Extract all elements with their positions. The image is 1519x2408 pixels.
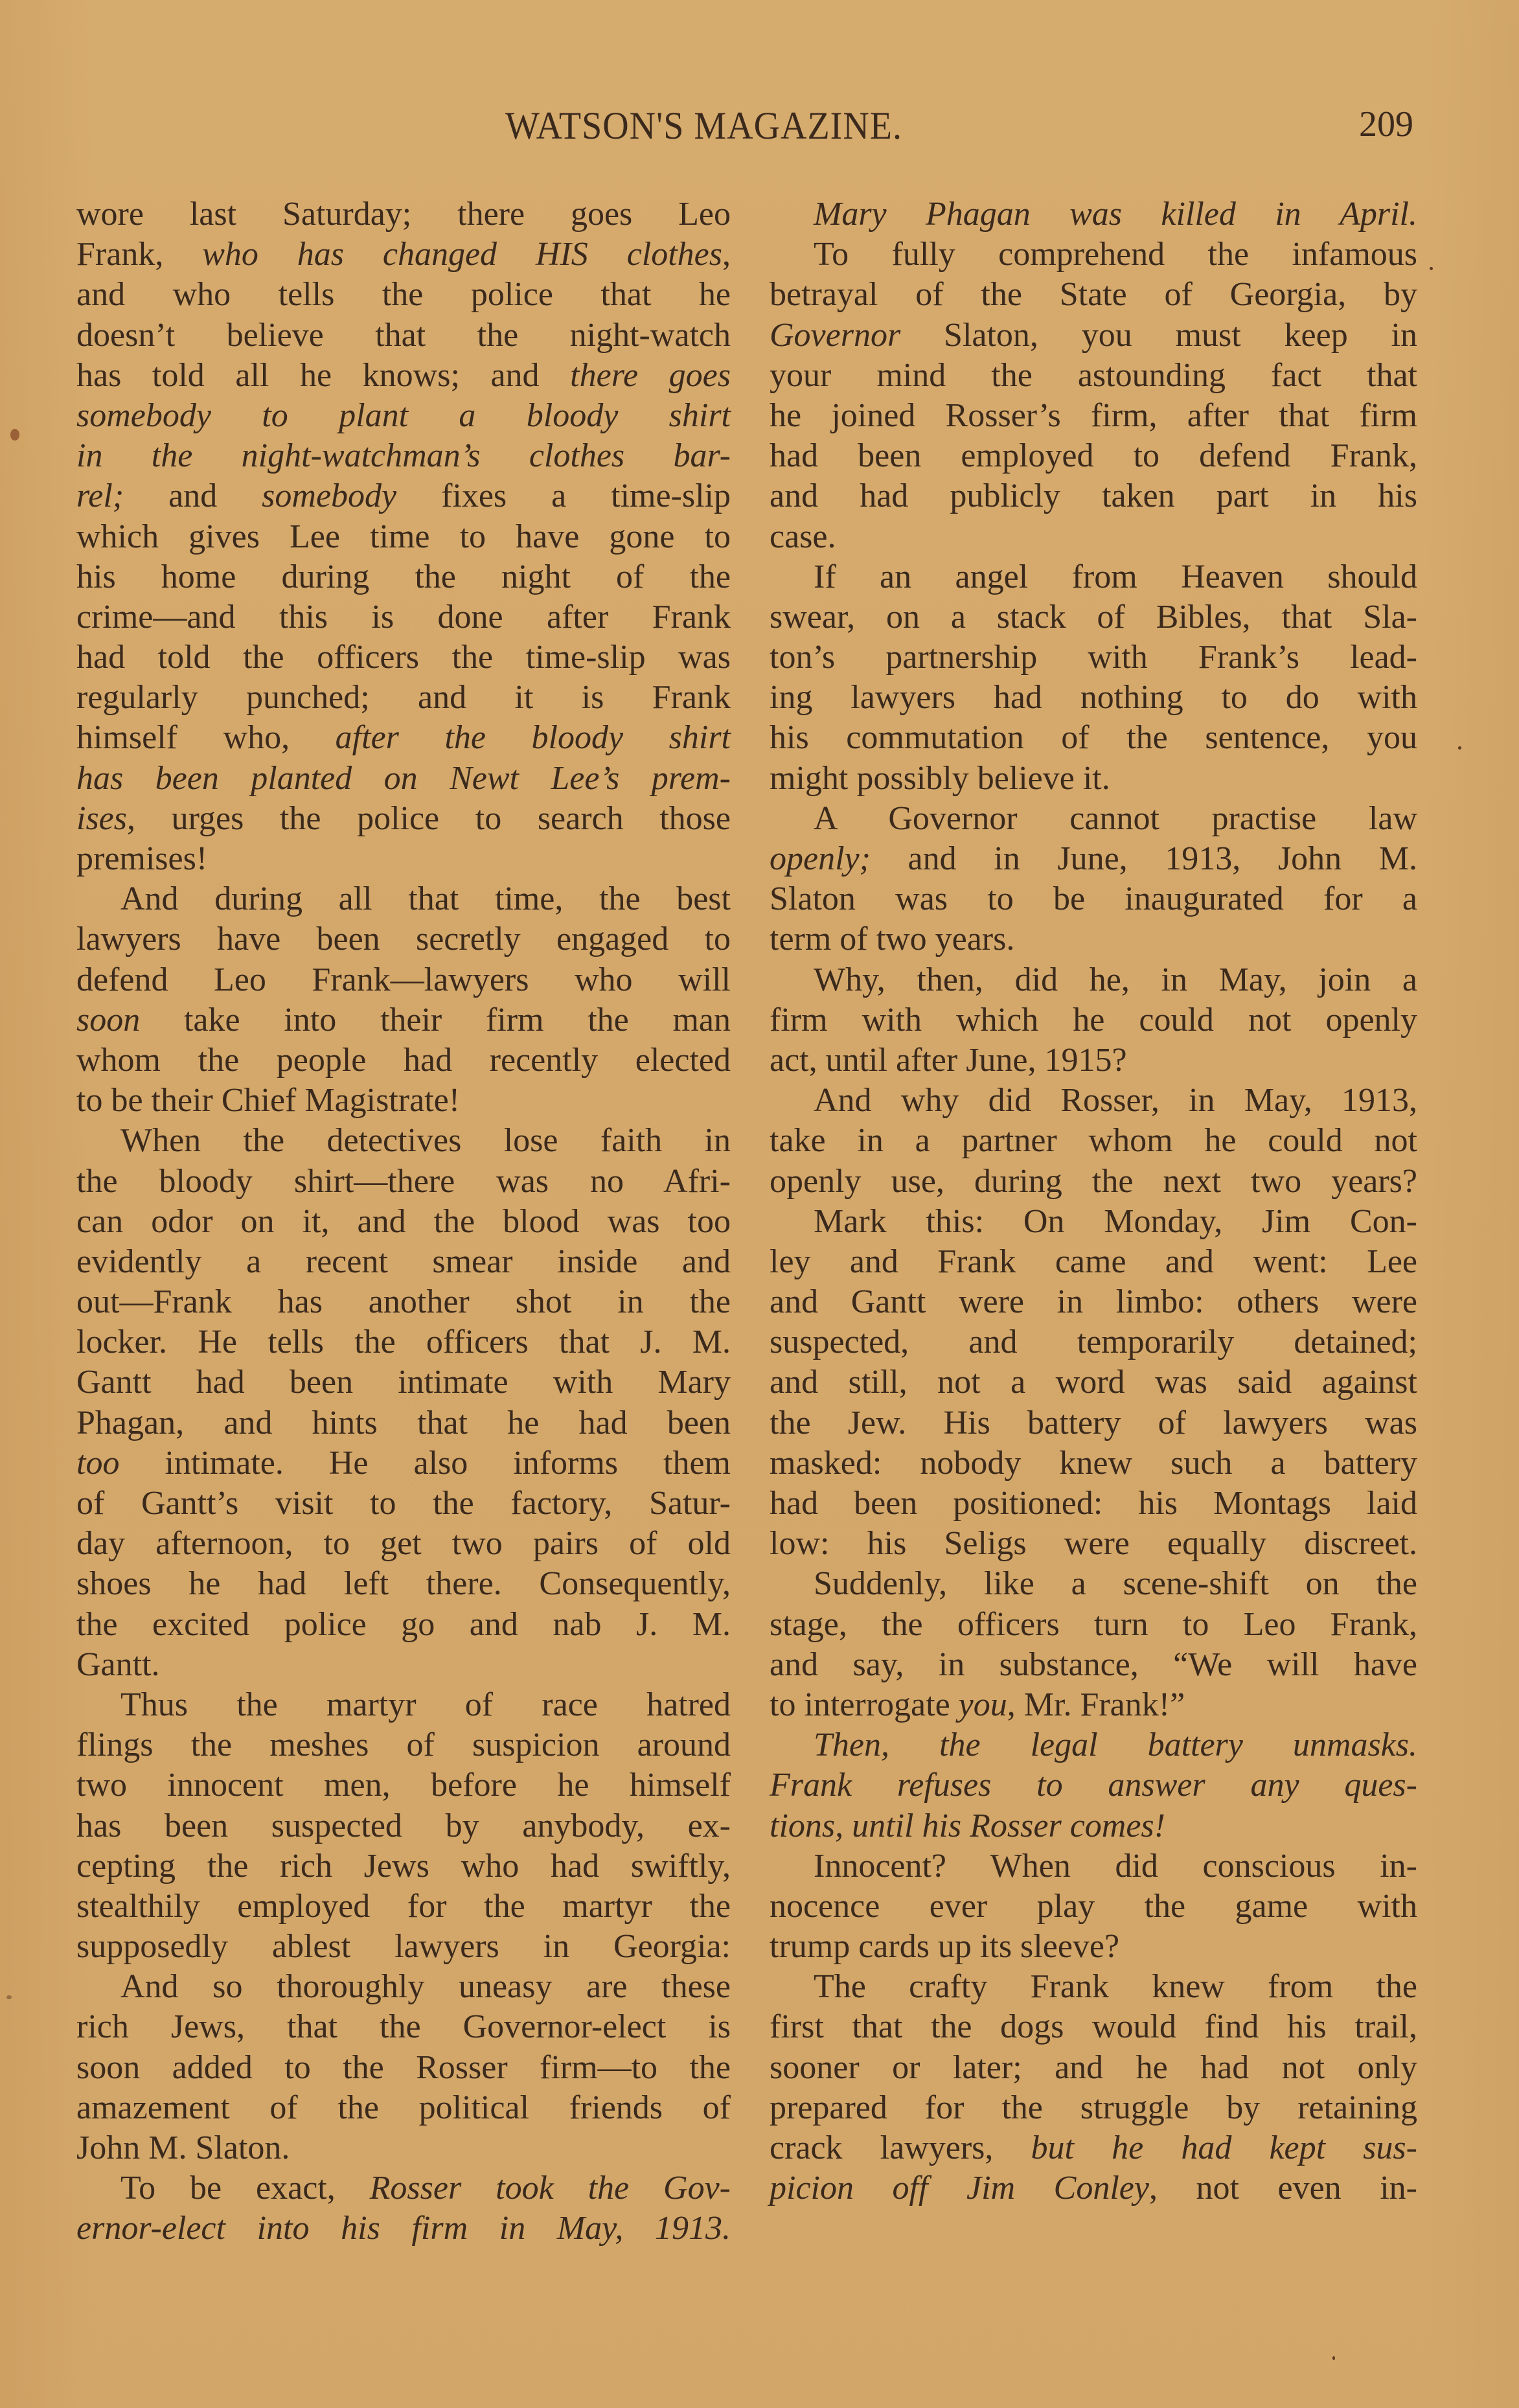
text-line: sooner or later; and he had not only [770,2048,1417,2088]
text-run: has told all he knows; and [76,357,570,394]
text-line: act, until after June, 1915? [770,1040,1417,1081]
text-run: ing lawyers had nothing to do with [770,679,1417,716]
text-run: And why did Rosser, in May, 1913, [814,1082,1417,1119]
text-line: had been positioned: his Montags laid [770,1484,1417,1524]
text-line: To fully comprehend the infamous [770,235,1417,275]
text-line: the bloody shirt—there was no Afri- [76,1162,731,1202]
text-line: And so thoroughly uneasy are these [76,1967,731,2007]
text-run: To fully comprehend the infamous [814,236,1417,273]
italic-text: in the night-watchman’s clothes bar- [76,437,731,474]
text-run: John M. Slaton. [76,2129,290,2166]
text-run: two innocent men, before he himself [76,1767,731,1804]
text-run: prepared for the struggle by retaining [770,2089,1417,2126]
italic-text: openly; [770,840,871,877]
italic-text: but he had kept sus- [1031,2129,1417,2166]
text-run: amazement of the political friends of [76,2089,731,2126]
text-run: the Jew. His battery of lawyers was [770,1405,1417,1441]
paper-blemish [1430,267,1433,270]
text-line: two innocent men, before he himself [76,1765,731,1806]
text-line: wore last Saturday; there goes Leo [76,194,731,235]
text-line: betrayal of the State of Georgia, by [770,275,1417,315]
text-line: in the night-watchman’s clothes bar- [76,436,731,476]
text-line: swear, on a stack of Bibles, that Sla- [770,597,1417,637]
text-line: the Jew. His battery of lawyers was [770,1403,1417,1443]
text-line: ernor-elect into his firm in May, 1913. [76,2208,731,2249]
text-line: regularly punched; and it is Frank [76,678,731,718]
text-run: nocence ever play the game with [770,1888,1417,1925]
text-line: of Gantt’s visit to the factory, Satur- [76,1484,731,1524]
text-line: prepared for the struggle by retaining [770,2088,1417,2128]
paper-blemish [1458,746,1461,750]
text-line: himself who, after the bloody shirt [76,718,731,758]
text-run: the excited police go and nab J. M. [76,1606,731,1643]
text-run: to be their Chief Magistrate! [76,1082,460,1119]
text-line: openly; and in June, 1913, John M. [770,839,1417,879]
text-run: And so thoroughly uneasy are these [120,1968,731,2005]
text-run: To be exact, [120,2170,370,2207]
text-run: doesn’t believe that the night-watch [76,317,731,354]
text-run: If an angel from Heaven should [814,558,1417,595]
text-line: soon take into their firm the man [76,1000,731,1040]
text-line: has told all he knows; and there goes [76,356,731,396]
text-line: had told the officers the time-slip was [76,637,731,678]
text-line: his home during the night of the [76,557,731,597]
text-line: trump cards up its sleeve? [770,1927,1417,1967]
paper-blemish [1332,2356,1335,2360]
italic-text: Then, the legal battery unmasks. [814,1726,1417,1763]
text-line: might possibly believe it. [770,759,1417,799]
text-run: crime—and this is done after Frank [76,599,731,636]
italic-text: you [959,1686,1007,1723]
text-line: whom the people had recently elected [76,1040,731,1081]
page-header: WATSON'S MAGAZINE. 209 [0,104,1519,155]
text-line: ises, urges the police to search those [76,799,731,839]
text-line: stage, the officers turn to Leo Frank, [770,1605,1417,1645]
text-run: soon added to the Rosser firm—to the [76,2049,731,2086]
text-run: Phagan, and hints that he had been [76,1405,731,1441]
text-run: trump cards up its sleeve? [770,1928,1119,1965]
text-run: locker. He tells the officers that J. M. [76,1324,731,1360]
text-line: ing lawyers had nothing to do with [770,678,1417,718]
italic-text: after the bloody shirt [336,719,731,756]
text-run: supposedly ablest lawyers in Georgia: [76,1928,731,1965]
text-line: case. [770,517,1417,557]
text-line: When the detectives lose faith in [76,1121,731,1161]
text-run: fixes a time-slip [396,477,731,514]
text-run: lawyers have been secretly engaged to [76,921,731,957]
text-line: Gantt. [76,1645,731,1685]
italic-text: who has changed HIS clothes [202,236,722,273]
text-run: crack lawyers, [770,2129,1031,2166]
text-run: stage, the officers turn to Leo Frank, [770,1606,1417,1643]
text-run: might possibly believe it. [770,760,1110,797]
text-run: And during all that time, the best [120,880,731,917]
text-line: amazement of the political friends of [76,2088,731,2128]
italic-text: somebody to plant a bloody shirt [76,397,731,434]
text-line: Why, then, did he, in May, join a [770,960,1417,1000]
text-run: day afternoon, to get two pairs of old [76,1525,731,1562]
text-run: cepting the rich Jews who had swiftly, [76,1848,731,1885]
text-line: A Governor cannot practise law [770,799,1417,839]
text-run: case. [770,518,836,555]
text-line: can odor on it, and the blood was too [76,1202,731,1242]
text-line: locker. He tells the officers that J. M. [76,1322,731,1362]
text-run: The crafty Frank knew from the [814,1968,1417,2005]
italic-text: ernor-elect into his firm in May, 1913. [76,2210,731,2247]
text-run: Gantt. [76,1646,160,1683]
text-run: himself who, [76,719,336,756]
text-run: suspected, and temporarily detained; [770,1324,1417,1360]
text-line: to be their Chief Magistrate! [76,1081,731,1121]
text-line: take in a partner whom he could not [770,1121,1417,1161]
text-line: Frank, who has changed HIS clothes, [76,235,731,275]
text-run: , Mr. Frank!” [1007,1686,1185,1723]
text-run: ley and Frank came and went: Lee [770,1243,1417,1280]
text-line: rich Jews, that the Governor-elect is [76,2007,731,2047]
text-line: which gives Lee time to have gone to [76,517,731,557]
italic-text: picion off Jim Conley [770,2170,1149,2207]
text-line: tions, until his Rosser comes! [770,1806,1417,1846]
text-line: shoes he had left there. Consequently, [76,1564,731,1604]
text-line: and who tells the police that he [76,275,731,315]
text-run: Why, then, did he, in May, join a [814,961,1417,998]
text-line: The crafty Frank knew from the [770,1967,1417,2007]
paper-blemish [10,429,19,441]
text-line: term of two years. [770,919,1417,959]
text-run: , urges the police to search those [127,800,731,837]
text-run: his commutation of the sentence, you [770,719,1417,756]
text-line: doesn’t believe that the night-watch [76,315,731,356]
text-line: masked: nobody knew such a battery [770,1443,1417,1484]
text-run: defend Leo Frank—lawyers who will [76,961,731,998]
text-line: and say, in substance, “We will have [770,1645,1417,1685]
text-run: and still, not a word was said against [770,1364,1417,1401]
text-run: the bloody shirt—there was no Afri- [76,1163,731,1200]
italic-text: soon [76,1002,140,1038]
text-line: Phagan, and hints that he had been [76,1403,731,1443]
text-run: masked: nobody knew such a battery [770,1445,1417,1482]
text-line: Governor Slaton, you must keep in [770,315,1417,356]
text-line: Mary Phagan was killed in April. [770,194,1417,235]
text-run: out—Frank has another shot in the [76,1283,731,1320]
text-run: and [124,477,262,514]
italic-text: Governor [770,317,900,354]
text-line: Suddenly, like a scene-shift on the [770,1564,1417,1604]
text-run: flings the meshes of suspicion around [76,1726,731,1763]
italic-text: Rosser took the Gov- [370,2170,731,2207]
text-line: Innocent? When did conscious in- [770,1846,1417,1886]
text-run: to interrogate [770,1686,959,1723]
text-line: somebody to plant a bloody shirt [76,396,731,436]
text-line: Slaton was to be inaugurated for a [770,879,1417,919]
text-run: Mark this: On Monday, Jim Con- [814,1203,1417,1240]
text-run: which gives Lee time to have gone to [76,518,731,555]
text-run: whom the people had recently elected [76,1042,731,1079]
text-run: wore last Saturday; there goes Leo [76,196,731,233]
text-line: premises! [76,839,731,879]
running-title: WATSON'S MAGAZINE. [505,104,902,148]
text-run: swear, on a stack of Bibles, that Sla- [770,599,1417,636]
italic-text: has been planted on Newt Lee’s prem- [76,760,731,797]
text-line: he joined Rosser’s firm, after that firm [770,396,1417,436]
text-run: he joined Rosser’s firm, after that firm [770,397,1417,434]
text-run: take into their firm the man [140,1002,731,1038]
text-run: your mind the astounding fact that [770,357,1417,394]
text-run: Slaton was to be inaugurated for a [770,880,1417,917]
text-line: crack lawyers, but he had kept sus- [770,2128,1417,2168]
italic-text: Mary Phagan was killed in April. [814,196,1417,233]
text-run: firm with which he could not openly [770,1002,1417,1038]
italic-text: ises [76,800,127,837]
text-run: his home during the night of the [76,558,731,595]
text-line: and Gantt were in limbo: others were [770,1282,1417,1322]
text-run: and who tells the police that he [76,276,731,313]
text-run: , [722,236,731,273]
text-line: Gantt had been intimate with Mary [76,1362,731,1403]
text-line: And during all that time, the best [76,879,731,919]
text-line: lawyers have been secretly engaged to [76,919,731,959]
text-run: When the detectives lose faith in [120,1122,731,1159]
left-column: wore last Saturday; there goes LeoFrank,… [76,194,731,2249]
text-run: evidently a recent smear inside and [76,1243,731,1280]
text-run: had been positioned: his Montags laid [770,1485,1417,1522]
text-run: can odor on it, and the blood was too [76,1203,731,1240]
text-line: crime—and this is done after Frank [76,597,731,637]
text-run: term of two years. [770,921,1014,957]
text-line: openly use, during the next two years? [770,1162,1417,1202]
text-line: his commutation of the sentence, you [770,718,1417,758]
text-line: evidently a recent smear inside and [76,1242,731,1282]
italic-text: there goes [570,357,731,394]
text-run: betrayal of the State of Georgia, by [770,276,1417,313]
text-run: had been employed to defend Frank, [770,437,1417,474]
text-run: Frank, [76,236,202,273]
text-line: and had publicly taken part in his [770,476,1417,516]
text-line: To be exact, Rosser took the Gov- [76,2168,731,2208]
text-run: had told the officers the time-slip was [76,639,731,676]
text-run: regularly punched; and it is Frank [76,679,731,716]
text-run: and Gantt were in limbo: others were [770,1283,1417,1320]
text-run: intimate. He also informs them [119,1445,731,1482]
text-run: has been suspected by anybody, ex- [76,1807,731,1844]
text-line: has been suspected by anybody, ex- [76,1806,731,1846]
text-line: out—Frank has another shot in the [76,1282,731,1322]
text-run: and in June, 1913, John M. [871,840,1417,877]
text-run: openly use, during the next two years? [770,1163,1417,1200]
text-line: ley and Frank came and went: Lee [770,1242,1417,1282]
italic-text: Frank refuses to answer any ques- [770,1767,1417,1804]
text-line: John M. Slaton. [76,2128,731,2168]
italic-text: somebody [262,477,396,514]
text-line: firm with which he could not openly [770,1000,1417,1040]
text-run: ton’s partnership with Frank’s lead- [770,639,1417,676]
text-line: stealthily employed for the martyr the [76,1886,731,1927]
text-run: Gantt had been intimate with Mary [76,1364,731,1401]
text-line: had been employed to defend Frank, [770,436,1417,476]
right-column: Mary Phagan was killed in April.To fully… [770,194,1417,2208]
text-line: and still, not a word was said against [770,1362,1417,1403]
text-line: Mark this: On Monday, Jim Con- [770,1202,1417,1242]
text-line: rel; and somebody fixes a time-slip [76,476,731,516]
text-line: If an angel from Heaven should [770,557,1417,597]
page-number: 209 [1359,104,1413,145]
text-line: defend Leo Frank—lawyers who will [76,960,731,1000]
text-run: and had publicly taken part in his [770,477,1417,514]
text-line: day afternoon, to get two pairs of old [76,1524,731,1564]
text-line: the excited police go and nab J. M. [76,1605,731,1645]
text-run: first that the dogs would find his trail… [770,2008,1417,2045]
text-line: soon added to the Rosser firm—to the [76,2048,731,2088]
text-run: sooner or later; and he had not only [770,2049,1417,2086]
text-line: suspected, and temporarily detained; [770,1322,1417,1362]
text-line: to interrogate you, Mr. Frank!” [770,1685,1417,1725]
text-run: stealthily employed for the martyr the [76,1888,731,1925]
paper-blemish [6,1995,12,1999]
text-line: supposedly ablest lawyers in Georgia: [76,1927,731,1967]
text-line: Then, the legal battery unmasks. [770,1725,1417,1765]
italic-text: tions, until his Rosser comes! [770,1807,1165,1844]
text-line: picion off Jim Conley, not even in- [770,2168,1417,2208]
text-run: shoes he had left there. Consequently, [76,1565,731,1602]
text-run: of Gantt’s visit to the factory, Satur- [76,1485,731,1522]
text-run: rich Jews, that the Governor-elect is [76,2008,731,2045]
text-run: premises! [76,840,207,877]
text-line: first that the dogs would find his trail… [770,2007,1417,2047]
text-run: act, until after June, 1915? [770,1042,1127,1079]
text-line: has been planted on Newt Lee’s prem- [76,759,731,799]
text-run: low: his Seligs were equally discreet. [770,1525,1417,1562]
text-line: flings the meshes of suspicion around [76,1725,731,1765]
text-run: take in a partner whom he could not [770,1122,1417,1159]
text-run: Suddenly, like a scene-shift on the [814,1565,1417,1602]
text-run: and say, in substance, “We will have [770,1646,1417,1683]
text-line: Thus the martyr of race hatred [76,1685,731,1725]
text-line: low: his Seligs were equally discreet. [770,1524,1417,1564]
text-line: ton’s partnership with Frank’s lead- [770,637,1417,678]
text-line: And why did Rosser, in May, 1913, [770,1081,1417,1121]
text-run: Innocent? When did conscious in- [814,1848,1417,1885]
text-run: , not even in- [1149,2170,1417,2207]
italic-text: too [76,1445,119,1482]
text-line: your mind the astounding fact that [770,356,1417,396]
text-run: A Governor cannot practise law [814,800,1417,837]
text-line: nocence ever play the game with [770,1886,1417,1927]
text-run: Thus the martyr of race hatred [120,1686,731,1723]
text-line: too intimate. He also informs them [76,1443,731,1484]
text-line: Frank refuses to answer any ques- [770,1765,1417,1806]
text-run: Slaton, you must keep in [900,317,1417,354]
text-line: cepting the rich Jews who had swiftly, [76,1846,731,1886]
italic-text: rel; [76,477,124,514]
